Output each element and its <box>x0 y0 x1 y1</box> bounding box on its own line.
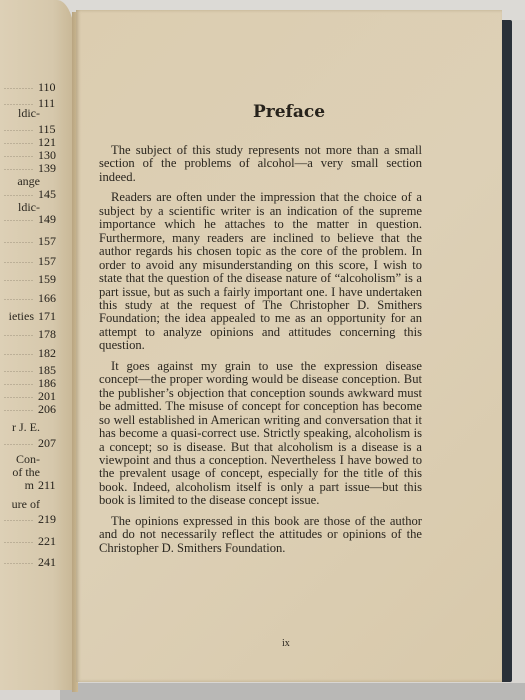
toc-entry: ieties171 <box>0 309 75 323</box>
toc-entry: ..........201 <box>0 389 75 403</box>
toc-leader-dots: .......... <box>0 376 34 390</box>
toc-page-number: 185 <box>38 363 68 377</box>
right-page-preface: Preface The subject of this study repres… <box>76 10 502 682</box>
toc-page-number: 159 <box>38 272 68 286</box>
toc-leader-dots: .......... <box>0 254 34 268</box>
toc-entry: ..........206 <box>0 402 75 416</box>
toc-leader-dots: .......... <box>0 291 34 305</box>
toc-entry: m211 <box>0 478 75 492</box>
toc-page-number: 130 <box>38 148 68 162</box>
toc-leader-dots: .......... <box>0 122 34 136</box>
toc-entry: ..........110 <box>0 80 75 94</box>
toc-entry: ..........130 <box>0 148 75 162</box>
toc-entry: Con- <box>0 452 75 466</box>
toc-page-number: 139 <box>38 161 68 175</box>
toc-entry: ..........139 <box>0 161 75 175</box>
preface-body: The subject of this study represents not… <box>99 144 422 562</box>
toc-page-number: 201 <box>38 389 68 403</box>
toc-entry: r J. E. <box>0 420 75 434</box>
toc-page-number: 110 <box>38 80 68 94</box>
toc-page-number: 186 <box>38 376 68 390</box>
page-title: Preface <box>76 102 502 122</box>
toc-entry-text: Con- <box>0 452 40 466</box>
toc-leader-dots: .......... <box>0 187 34 201</box>
toc-page-number: 157 <box>38 234 68 248</box>
toc-entry-text: r J. E. <box>0 420 40 434</box>
toc-leader-dots: .......... <box>0 363 34 377</box>
toc-page-number: 178 <box>38 327 68 341</box>
toc-leader-dots: .......... <box>0 402 34 416</box>
toc-page-number: 206 <box>38 402 68 416</box>
page-number: ix <box>282 638 290 649</box>
toc-entry: of the <box>0 465 75 479</box>
toc-page-number: 219 <box>38 512 68 526</box>
toc-leader-dots: .......... <box>0 436 34 450</box>
toc-entry: ..........186 <box>0 376 75 390</box>
toc-entry: ure of <box>0 497 75 511</box>
toc-leader-dots: .......... <box>0 161 34 175</box>
toc-page-number: 149 <box>38 212 68 226</box>
toc-entry: ..........115 <box>0 122 75 136</box>
toc-leader-dots: .......... <box>0 135 34 149</box>
left-page-toc: ..........110..........111ldic-.........… <box>0 0 75 690</box>
table-surface <box>60 683 525 700</box>
toc-entry: ..........221 <box>0 534 75 548</box>
toc-leader-dots: .......... <box>0 212 34 226</box>
toc-leader-dots: .......... <box>0 512 34 526</box>
toc-entry-text: ange <box>0 174 40 188</box>
toc-page-number: 157 <box>38 254 68 268</box>
toc-leader-dots: .......... <box>0 389 34 403</box>
toc-entry-text: ieties <box>0 309 34 323</box>
toc-entry: ..........241 <box>0 555 75 569</box>
toc-entry: ange <box>0 174 75 188</box>
toc-leader-dots: .......... <box>0 272 34 286</box>
toc-page-number: 166 <box>38 291 68 305</box>
paragraph: The opinions expressed in this book are … <box>99 515 422 555</box>
toc-entry: ..........145 <box>0 187 75 201</box>
toc-entry-text: m <box>0 478 34 492</box>
toc-leader-dots: .......... <box>0 327 34 341</box>
toc-page-number: 207 <box>38 436 68 450</box>
paragraph: It goes against my grain to use the expr… <box>99 360 422 508</box>
toc-entry: ldic- <box>0 106 75 120</box>
toc-leader-dots: .......... <box>0 80 34 94</box>
toc-page-number: 171 <box>38 309 68 323</box>
toc-entry-text: ldic- <box>0 106 40 120</box>
toc-page-number: 211 <box>38 478 68 492</box>
toc-entry: ..........178 <box>0 327 75 341</box>
toc-page-number: 221 <box>38 534 68 548</box>
toc-leader-dots: .......... <box>0 555 34 569</box>
toc-page-number: 145 <box>38 187 68 201</box>
toc-entry: ..........207 <box>0 436 75 450</box>
toc-entry: ..........166 <box>0 291 75 305</box>
toc-leader-dots: .......... <box>0 148 34 162</box>
toc-entry: ..........219 <box>0 512 75 526</box>
toc-entry: ..........121 <box>0 135 75 149</box>
toc-entry: ..........157 <box>0 234 75 248</box>
toc-leader-dots: .......... <box>0 234 34 248</box>
toc-entry: ..........182 <box>0 346 75 360</box>
toc-page-number: 121 <box>38 135 68 149</box>
toc-entry-text: of the <box>0 465 40 479</box>
paragraph: The subject of this study represents not… <box>99 144 422 184</box>
toc-page-number: 115 <box>38 122 68 136</box>
paragraph: Readers are often under the impression t… <box>99 191 422 352</box>
toc-entry: ..........149 <box>0 212 75 226</box>
toc-entry: ..........157 <box>0 254 75 268</box>
toc-entry: ..........159 <box>0 272 75 286</box>
toc-leader-dots: .......... <box>0 534 34 548</box>
toc-leader-dots: .......... <box>0 346 34 360</box>
toc-page-number: 241 <box>38 555 68 569</box>
toc-entry-text: ure of <box>0 497 40 511</box>
toc-entry: ..........185 <box>0 363 75 377</box>
toc-page-number: 182 <box>38 346 68 360</box>
